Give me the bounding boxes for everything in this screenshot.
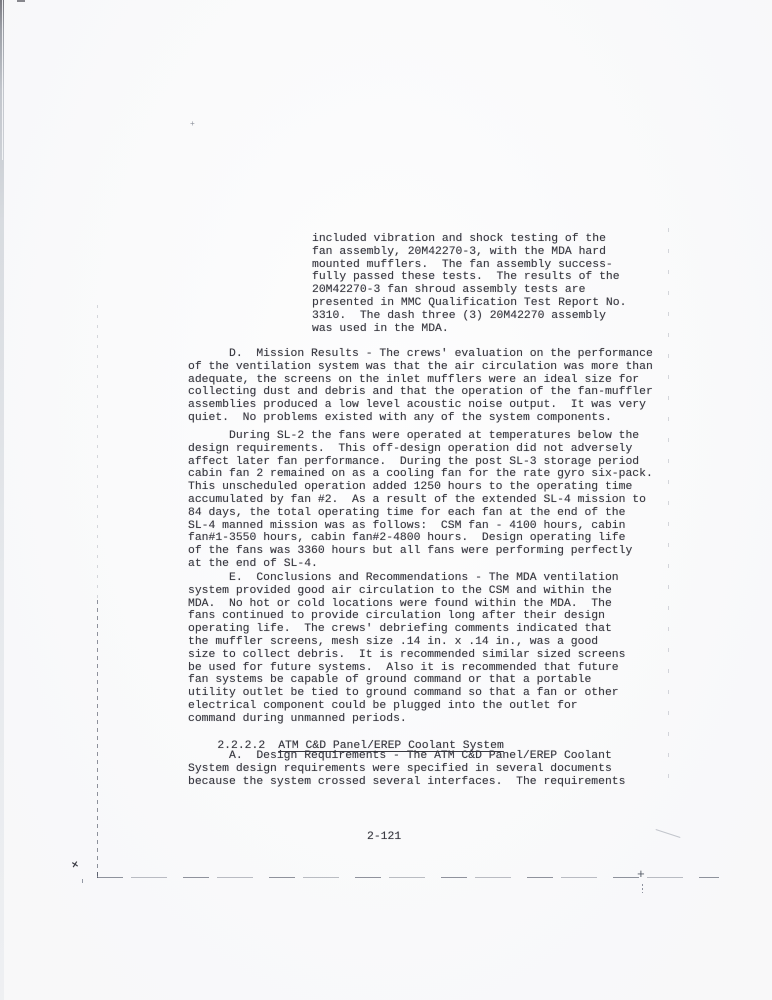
scanned-page: × + + included vibration and shock testi… bbox=[0, 0, 772, 1000]
continuation-block: included vibration and shock testing of … bbox=[312, 233, 642, 335]
paragraph-conclusions: E. Conclusions and Recommendations - The… bbox=[188, 572, 666, 726]
page-number: 2-121 bbox=[367, 831, 401, 844]
bottom-dashed-rule bbox=[97, 877, 719, 878]
paragraph-design-requirements: A. Design Requirements - The ATM C&D Pan… bbox=[188, 750, 666, 788]
pen-mark-x-icon: × bbox=[71, 859, 80, 872]
paragraph-mission-results: D. Mission Results - The crews' evaluati… bbox=[188, 348, 666, 425]
right-margin-dotted-rule bbox=[668, 228, 669, 788]
left-margin-dotted-rule-upper bbox=[97, 305, 98, 600]
left-margin-dotted-rule-lower bbox=[97, 600, 98, 878]
scan-edge-highlight bbox=[2, 0, 3, 160]
registration-cross-icon: + bbox=[637, 867, 645, 882]
left-tick-mark bbox=[82, 879, 83, 883]
paragraph-sl2-operations: During SL-2 the fans were operated at te… bbox=[188, 430, 666, 571]
scan-top-notch bbox=[17, 0, 25, 2]
tick-below-cross bbox=[642, 884, 643, 893]
bottom-left-corner-join bbox=[97, 872, 98, 878]
scan-scratch bbox=[655, 829, 680, 838]
scan-speck-icon: + bbox=[190, 120, 195, 129]
